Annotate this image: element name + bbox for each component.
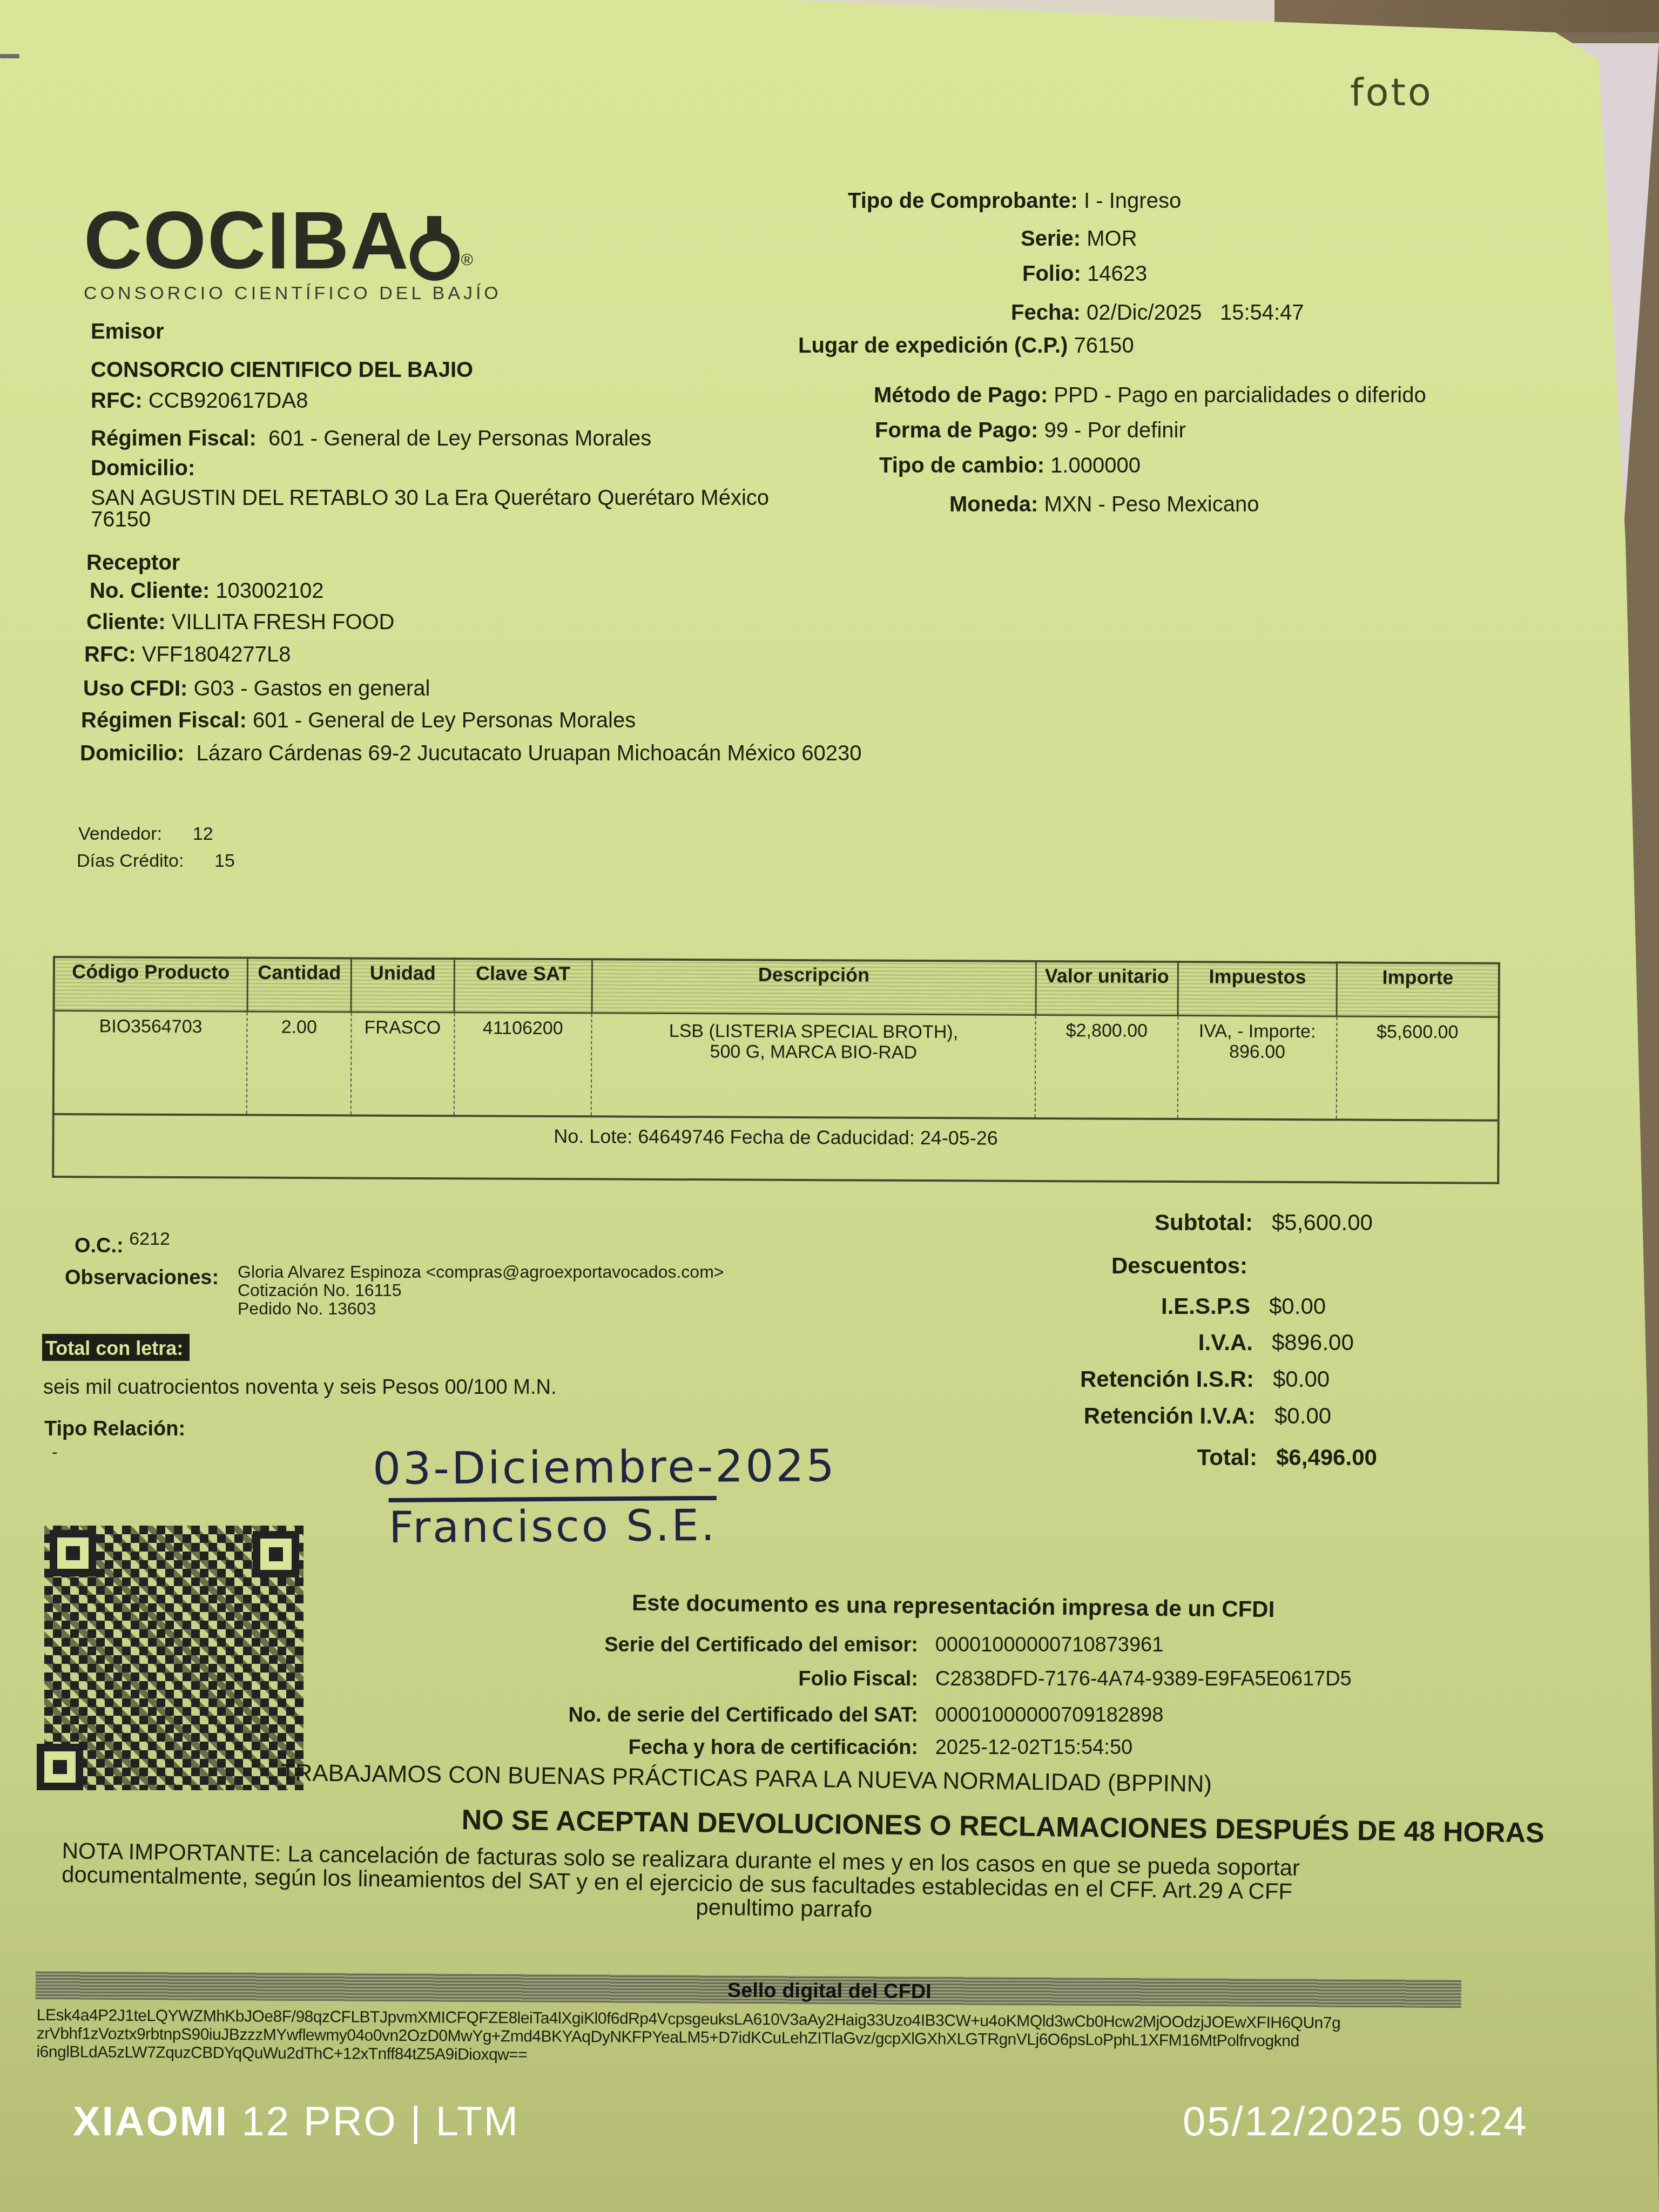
registered-mark: ® bbox=[461, 251, 473, 269]
fecha-label: Fecha: bbox=[1011, 301, 1081, 325]
subtotal-value: $5,600.00 bbox=[1272, 1210, 1373, 1235]
nota-importante: NOTA IMPORTANTE: La cancelación de factu… bbox=[61, 1839, 1300, 1927]
devoluciones-notice: NO SE ACEPTAN DEVOLUCIONES O RECLAMACION… bbox=[461, 1804, 1545, 1849]
cert-sat-label: No. de serie del Certificado del SAT: bbox=[475, 1704, 918, 1727]
total-con-letra-value: seis mil cuatrocientos noventa y seis Pe… bbox=[43, 1376, 556, 1399]
lugar-expedicion-value: 76150 bbox=[1074, 334, 1134, 358]
lote-row: No. Lote: 64649746 Fecha de Caducidad: 2… bbox=[53, 1114, 1498, 1183]
company-logo: COCIBA® CONSORCIO CIENTÍFICO DEL BAJÍO bbox=[84, 200, 502, 304]
receptor-rfc-value: VFF1804277L8 bbox=[142, 643, 291, 666]
watermark-model: 12 PRO | LTM bbox=[241, 2099, 520, 2144]
metodo-pago-label: Método de Pago: bbox=[874, 383, 1048, 407]
cliente-no-value: 103002102 bbox=[215, 579, 323, 603]
logo-tagline: CONSORCIO CIENTÍFICO DEL BAJÍO bbox=[84, 283, 502, 304]
emisor-domicilio-label: Domicilio: bbox=[91, 456, 195, 481]
lote-caducidad: No. Lote: 64649746 Fecha de Caducidad: 2… bbox=[53, 1114, 1498, 1183]
iesps-label: I.E.S.P.S bbox=[1013, 1293, 1250, 1319]
retencion-iva-value: $0.00 bbox=[1274, 1403, 1331, 1428]
receptor-regimen-value: 601 - General de Ley Personas Morales bbox=[253, 709, 636, 732]
moneda-value: MXN - Peso Mexicano bbox=[1044, 493, 1259, 516]
receptor-domicilio-label: Domicilio: bbox=[80, 741, 184, 765]
sello-digital-text: LEsk4a4P2J1teLQYWZMhKbJOe8F/98qzCFLBTJpv… bbox=[36, 2006, 1340, 2069]
oc-value: 6212 bbox=[129, 1229, 170, 1249]
table-row: BIO3564703 2.00 FRASCO 41106200 LSB (LIS… bbox=[53, 1011, 1499, 1121]
observaciones-line-cotizacion: Cotización No. 16115 bbox=[238, 1281, 724, 1299]
hora-value: 15:54:47 bbox=[1220, 301, 1304, 325]
header-descripcion: Descripción bbox=[592, 959, 1036, 1015]
bppinn-notice: TRABAJAMOS CON BUENAS PRÁCTICAS PARA LA … bbox=[280, 1759, 1212, 1798]
retencion-isr-label: Retención I.S.R: bbox=[1016, 1366, 1254, 1392]
tipo-relacion-label: Tipo Relación: bbox=[44, 1418, 185, 1441]
metodo-pago-value: PPD - Pago en parcialidades o diferido bbox=[1054, 383, 1426, 407]
fecha-certificacion-label: Fecha y hora de certificación: bbox=[475, 1736, 918, 1759]
descuentos-label: Descuentos: bbox=[1010, 1253, 1247, 1279]
receptor-regimen-label: Régimen Fiscal: bbox=[81, 709, 247, 732]
logo-wordmark: COCIBA bbox=[84, 195, 410, 286]
cell-impuestos: IVA, - Importe: 896.00 bbox=[1178, 1016, 1337, 1120]
cliente-value: VILLITA FRESH FOOD bbox=[172, 610, 395, 634]
qr-finder-top-left bbox=[50, 1530, 96, 1576]
fecha-value: 02/Dic/2025 bbox=[1087, 301, 1202, 325]
cfdi-qr-code bbox=[44, 1526, 304, 1790]
emisor-nombre: CONSORCIO CIENTIFICO DEL BAJIO bbox=[91, 358, 473, 382]
tipo-cambio-value: 1.000000 bbox=[1050, 454, 1141, 477]
receptor-rfc-label: RFC: bbox=[84, 643, 136, 666]
watermark-brand: XIAOMI bbox=[73, 2099, 228, 2144]
dias-credito-label: Días Crédito: bbox=[77, 851, 184, 871]
observaciones-line-pedido: Pedido No. 13603 bbox=[238, 1299, 724, 1318]
items-table: Código Producto Cantidad Unidad Clave SA… bbox=[52, 956, 1500, 1184]
emisor-regimen-value: 601 - General de Ley Personas Morales bbox=[268, 427, 651, 450]
forma-pago-label: Forma de Pago: bbox=[875, 419, 1038, 442]
receptor-heading: Receptor bbox=[86, 551, 180, 575]
emisor-rfc-value: CCB920617DA8 bbox=[149, 389, 308, 413]
invoice-paper: foto COCIBA® CONSORCIO CIENTÍFICO DEL BA… bbox=[0, 0, 1659, 2212]
cell-valor-unitario: $2,800.00 bbox=[1035, 1015, 1178, 1119]
observaciones-label: Observaciones: bbox=[65, 1266, 219, 1290]
uso-cfdi-value: G03 - Gastos en general bbox=[193, 677, 430, 700]
emisor-domicilio-line2: 76150 bbox=[91, 509, 769, 530]
moneda-label: Moneda: bbox=[949, 493, 1038, 516]
vendedor-label: Vendedor: bbox=[78, 824, 162, 844]
cfdi-representation-title: Este documento es una representación imp… bbox=[632, 1590, 1275, 1622]
serie-label: Serie: bbox=[1021, 227, 1081, 251]
cell-clave-sat: 41106200 bbox=[454, 1013, 591, 1117]
iesps-value: $0.00 bbox=[1269, 1293, 1326, 1319]
iva-value: $896.00 bbox=[1272, 1330, 1354, 1355]
emisor-domicilio-line1: SAN AGUSTIN DEL RETABLO 30 La Era Querét… bbox=[91, 487, 769, 509]
header-impuestos: Impuestos bbox=[1178, 962, 1337, 1016]
qr-finder-top-right bbox=[253, 1531, 299, 1577]
uso-cfdi-label: Uso CFDI: bbox=[83, 677, 187, 700]
handwritten-date: 03-Diciembre-2025 bbox=[373, 1440, 837, 1495]
staple bbox=[0, 54, 19, 58]
total-label: Total: bbox=[1020, 1445, 1257, 1471]
header-importe: Importe bbox=[1337, 962, 1499, 1017]
cert-sat-value: 00001000000709182898 bbox=[935, 1704, 1164, 1727]
dias-credito-value: 15 bbox=[214, 851, 235, 871]
header-valor-unitario: Valor unitario bbox=[1036, 961, 1178, 1016]
lugar-expedicion-label: Lugar de expedición (C.P.) bbox=[798, 334, 1068, 358]
header-cantidad: Cantidad bbox=[247, 958, 352, 1012]
tipo-relacion-value: - bbox=[52, 1442, 58, 1462]
cell-cantidad: 2.00 bbox=[247, 1011, 351, 1115]
cell-importe: $5,600.00 bbox=[1336, 1016, 1499, 1121]
cert-emisor-label: Serie del Certificado del emisor: bbox=[475, 1634, 918, 1657]
forma-pago-value: 99 - Por definir bbox=[1044, 419, 1185, 442]
folio-label: Folio: bbox=[1022, 262, 1081, 286]
header-codigo-producto: Código Producto bbox=[54, 957, 248, 1011]
serie-value: MOR bbox=[1087, 227, 1137, 251]
qr-finder-bottom-left bbox=[37, 1744, 83, 1790]
vendedor-value: 12 bbox=[193, 824, 213, 844]
tipo-comprobante-label: Tipo de Comprobante: bbox=[848, 189, 1078, 213]
emisor-regimen-label: Régimen Fiscal: bbox=[91, 427, 257, 450]
cell-unidad: FRASCO bbox=[350, 1012, 454, 1116]
sello-digital-header: Sello digital del CFDI bbox=[36, 1971, 1461, 2008]
tipo-comprobante-value: I - Ingreso bbox=[1084, 189, 1181, 213]
camera-watermark-datetime: 05/12/2025 09:24 bbox=[1183, 2098, 1528, 2145]
oc-label: O.C.: bbox=[75, 1235, 124, 1257]
camera-watermark-device: XIAOMI 12 PRO | LTM bbox=[73, 2098, 520, 2145]
folio-fiscal-value: C2838DFD-7176-4A74-9389-E9FA5E0617D5 bbox=[935, 1668, 1352, 1690]
header-unidad: Unidad bbox=[351, 958, 454, 1012]
iva-label: I.V.A. bbox=[1015, 1330, 1253, 1355]
header-clave-sat: Clave SAT bbox=[454, 959, 592, 1013]
retencion-isr-value: $0.00 bbox=[1273, 1366, 1330, 1392]
folio-value: 14623 bbox=[1087, 262, 1147, 286]
subtotal-label: Subtotal: bbox=[1015, 1210, 1253, 1236]
total-con-letra-label: Total con letra: bbox=[42, 1334, 190, 1361]
cliente-no-label: No. Cliente: bbox=[90, 579, 210, 603]
folio-fiscal-label: Folio Fiscal: bbox=[475, 1668, 918, 1691]
items-table-header: Código Producto Cantidad Unidad Clave SA… bbox=[54, 957, 1499, 1017]
observaciones-line-contacto: Gloria Alvarez Espinoza <compras@agroexp… bbox=[238, 1263, 724, 1281]
cell-descripcion: LSB (LISTERIA SPECIAL BROTH), 500 G, MAR… bbox=[591, 1013, 1036, 1118]
emisor-heading: Emisor bbox=[91, 320, 164, 344]
fecha-certificacion-value: 2025-12-02T15:54:50 bbox=[935, 1736, 1133, 1759]
handwritten-name: Francisco S.E. bbox=[389, 1500, 717, 1553]
emisor-rfc-label: RFC: bbox=[91, 389, 143, 413]
cliente-label: Cliente: bbox=[86, 610, 166, 634]
handwritten-foto-note: foto bbox=[1350, 70, 1433, 114]
total-value: $6,496.00 bbox=[1276, 1445, 1377, 1470]
tipo-cambio-label: Tipo de cambio: bbox=[879, 454, 1044, 477]
cell-codigo: BIO3564703 bbox=[53, 1011, 247, 1115]
flask-icon bbox=[410, 216, 461, 281]
cert-emisor-value: 00001000000710873961 bbox=[935, 1634, 1164, 1656]
retencion-iva-label: Retención I.V.A: bbox=[1018, 1403, 1256, 1429]
sello-digital-title: Sello digital del CFDI bbox=[727, 1979, 932, 2003]
receptor-domicilio-value: Lázaro Cárdenas 69-2 Jucutacato Uruapan … bbox=[197, 741, 862, 765]
